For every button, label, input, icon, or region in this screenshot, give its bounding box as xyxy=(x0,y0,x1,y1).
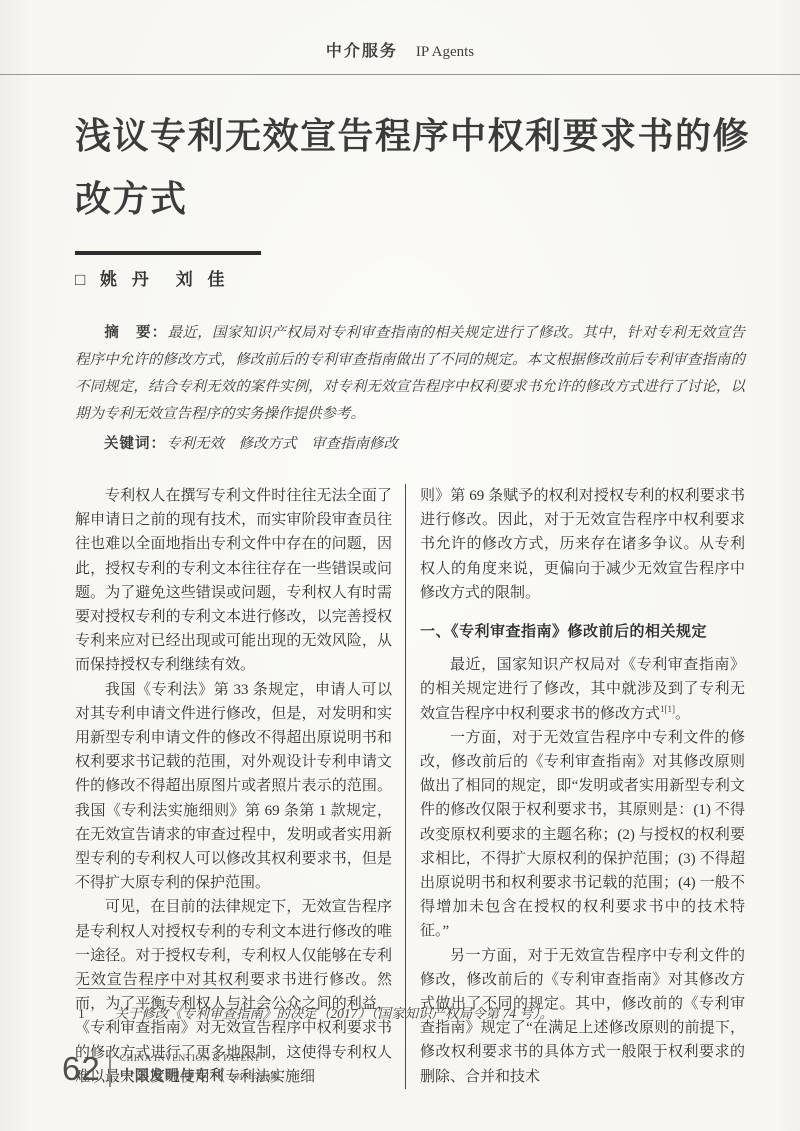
footnote-reference-mark: 1[1] xyxy=(660,704,675,714)
scanned-journal-page: 中介服务 IP Agents 浅议专利无效宣告程序中权利要求书的修改方式 □ 姚… xyxy=(0,0,800,1131)
abstract-paragraph: 摘 要：最近，国家知识产权局对专利审查指南的相关规定进行了修改。其中，针对专利无… xyxy=(75,320,745,428)
page-number: 62 xyxy=(62,1050,101,1088)
journal-cn-line: 中国发明与专利 2017年第8期 xyxy=(120,1065,280,1085)
footnote-area: 1关于修改《专利审查指南》的决定（2017）（国家知识产权局令第 74 号）。 xyxy=(78,988,745,1025)
keywords-line: 关键词：专利无效 修改方式 审查指南修改 xyxy=(75,431,745,458)
author-marker-square: □ xyxy=(75,270,90,289)
journal-issue: 2017年第8期 xyxy=(230,1070,280,1083)
body-paragraph: 我国《专利法》第 33 条规定，申请人可以对其专利申请文件进行修改，但是，对发明… xyxy=(75,678,392,896)
paragraph-text: 。 xyxy=(675,706,690,722)
footnote-text: 关于修改《专利审查指南》的决定（2017）（国家知识产权局令第 74 号）。 xyxy=(114,1006,553,1021)
footnote-marker: 1 xyxy=(78,1006,85,1021)
footer-divider-bar xyxy=(109,1051,111,1087)
journal-name-cn: 中国发明与专利 xyxy=(120,1065,225,1085)
keywords-text: 专利无效 修改方式 审查指南修改 xyxy=(166,436,398,452)
body-paragraph-continuation: 则》第 69 条赋予的权利对授权专利的权利要求书进行修改。因此，对于无效宣告程序… xyxy=(420,484,745,605)
journal-identity: CHINA INVENTION & PATENT 中国发明与专利 2017年第8… xyxy=(120,1054,280,1085)
author-divider-rule xyxy=(75,251,261,255)
body-paragraph: 一方面，对于无效宣告程序中专利文件的修改，修改前后的《专利审查指南》对其修改原则… xyxy=(420,726,745,944)
keywords-label: 关键词： xyxy=(104,436,166,452)
page-footer: 62 CHINA INVENTION & PATENT 中国发明与专利 2017… xyxy=(62,1050,279,1088)
journal-name-en: CHINA INVENTION & PATENT xyxy=(120,1054,280,1064)
section-heading: 一、《专利审查指南》修改前后的相关规定 xyxy=(420,620,745,644)
author-line: □ 姚 丹 刘 佳 xyxy=(75,265,800,290)
article-title: 浅议专利无效宣告程序中权利要求书的修改方式 xyxy=(75,105,750,231)
abstract-label: 摘 要： xyxy=(104,325,168,341)
section-name-cn: 中介服务 xyxy=(326,43,398,60)
header-divider-rule xyxy=(0,74,800,75)
paragraph-text: 最近，国家知识产权局对《专利审查指南》的相关规定进行了修改，其中就涉及到了专利无… xyxy=(420,657,745,721)
author-names: 姚 丹 刘 佳 xyxy=(100,270,229,289)
body-paragraph: 最近，国家知识产权局对《专利审查指南》的相关规定进行了修改，其中就涉及到了专利无… xyxy=(420,653,745,726)
abstract-text: 最近，国家知识产权局对专利审查指南的相关规定进行了修改。其中，针对专利无效宣告程… xyxy=(75,325,745,422)
footnote-text-line: 1关于修改《专利审查指南》的决定（2017）（国家知识产权局令第 74 号）。 xyxy=(78,1003,745,1025)
page-header: 中介服务 IP Agents xyxy=(0,0,800,61)
section-name-en: IP Agents xyxy=(416,44,474,60)
body-paragraph: 专利权人在撰写专利文件时往往无法全面了解申请日之前的现有技术，而实审阶段审查员往… xyxy=(75,484,392,678)
footnote-divider-rule xyxy=(78,988,250,989)
